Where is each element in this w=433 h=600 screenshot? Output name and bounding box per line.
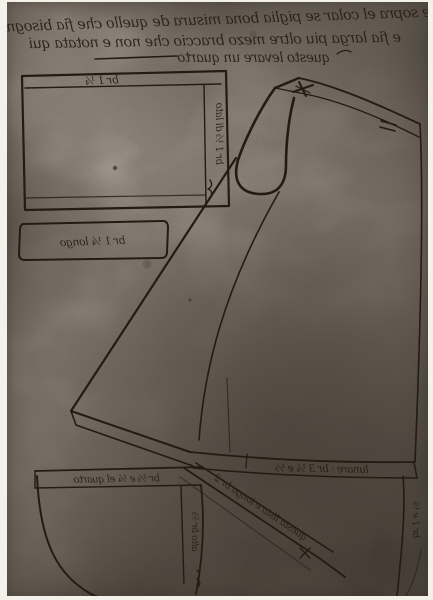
header-script-line-3: questo levare un quarto xyxy=(177,50,330,66)
pattern-drawing: de sopra el colar se piglia bona misura … xyxy=(7,2,428,596)
rectangle-top-measure-label: br 1 ¼ xyxy=(85,73,119,87)
quarter-disc-side-label: alto br ⅔ xyxy=(189,512,200,552)
paper-grain-texture xyxy=(7,2,428,596)
right-margin-label: br 1 e ⅛ xyxy=(410,500,421,538)
hem-measure-label: lunare · br 3 ¼ e ⅓ xyxy=(275,462,369,476)
quarter-disc-top-label: br ⅔ e ¼ el quarto xyxy=(73,473,160,486)
rectangle-side-measure-label: br 1 ⅓ di lato xyxy=(213,103,224,165)
strip-measure-label: br 1 ¼ longo xyxy=(59,234,126,249)
photo-frame: de sopra el colar se piglia bona misura … xyxy=(0,0,433,600)
manuscript-photo: de sopra el colar se piglia bona misura … xyxy=(7,2,428,596)
